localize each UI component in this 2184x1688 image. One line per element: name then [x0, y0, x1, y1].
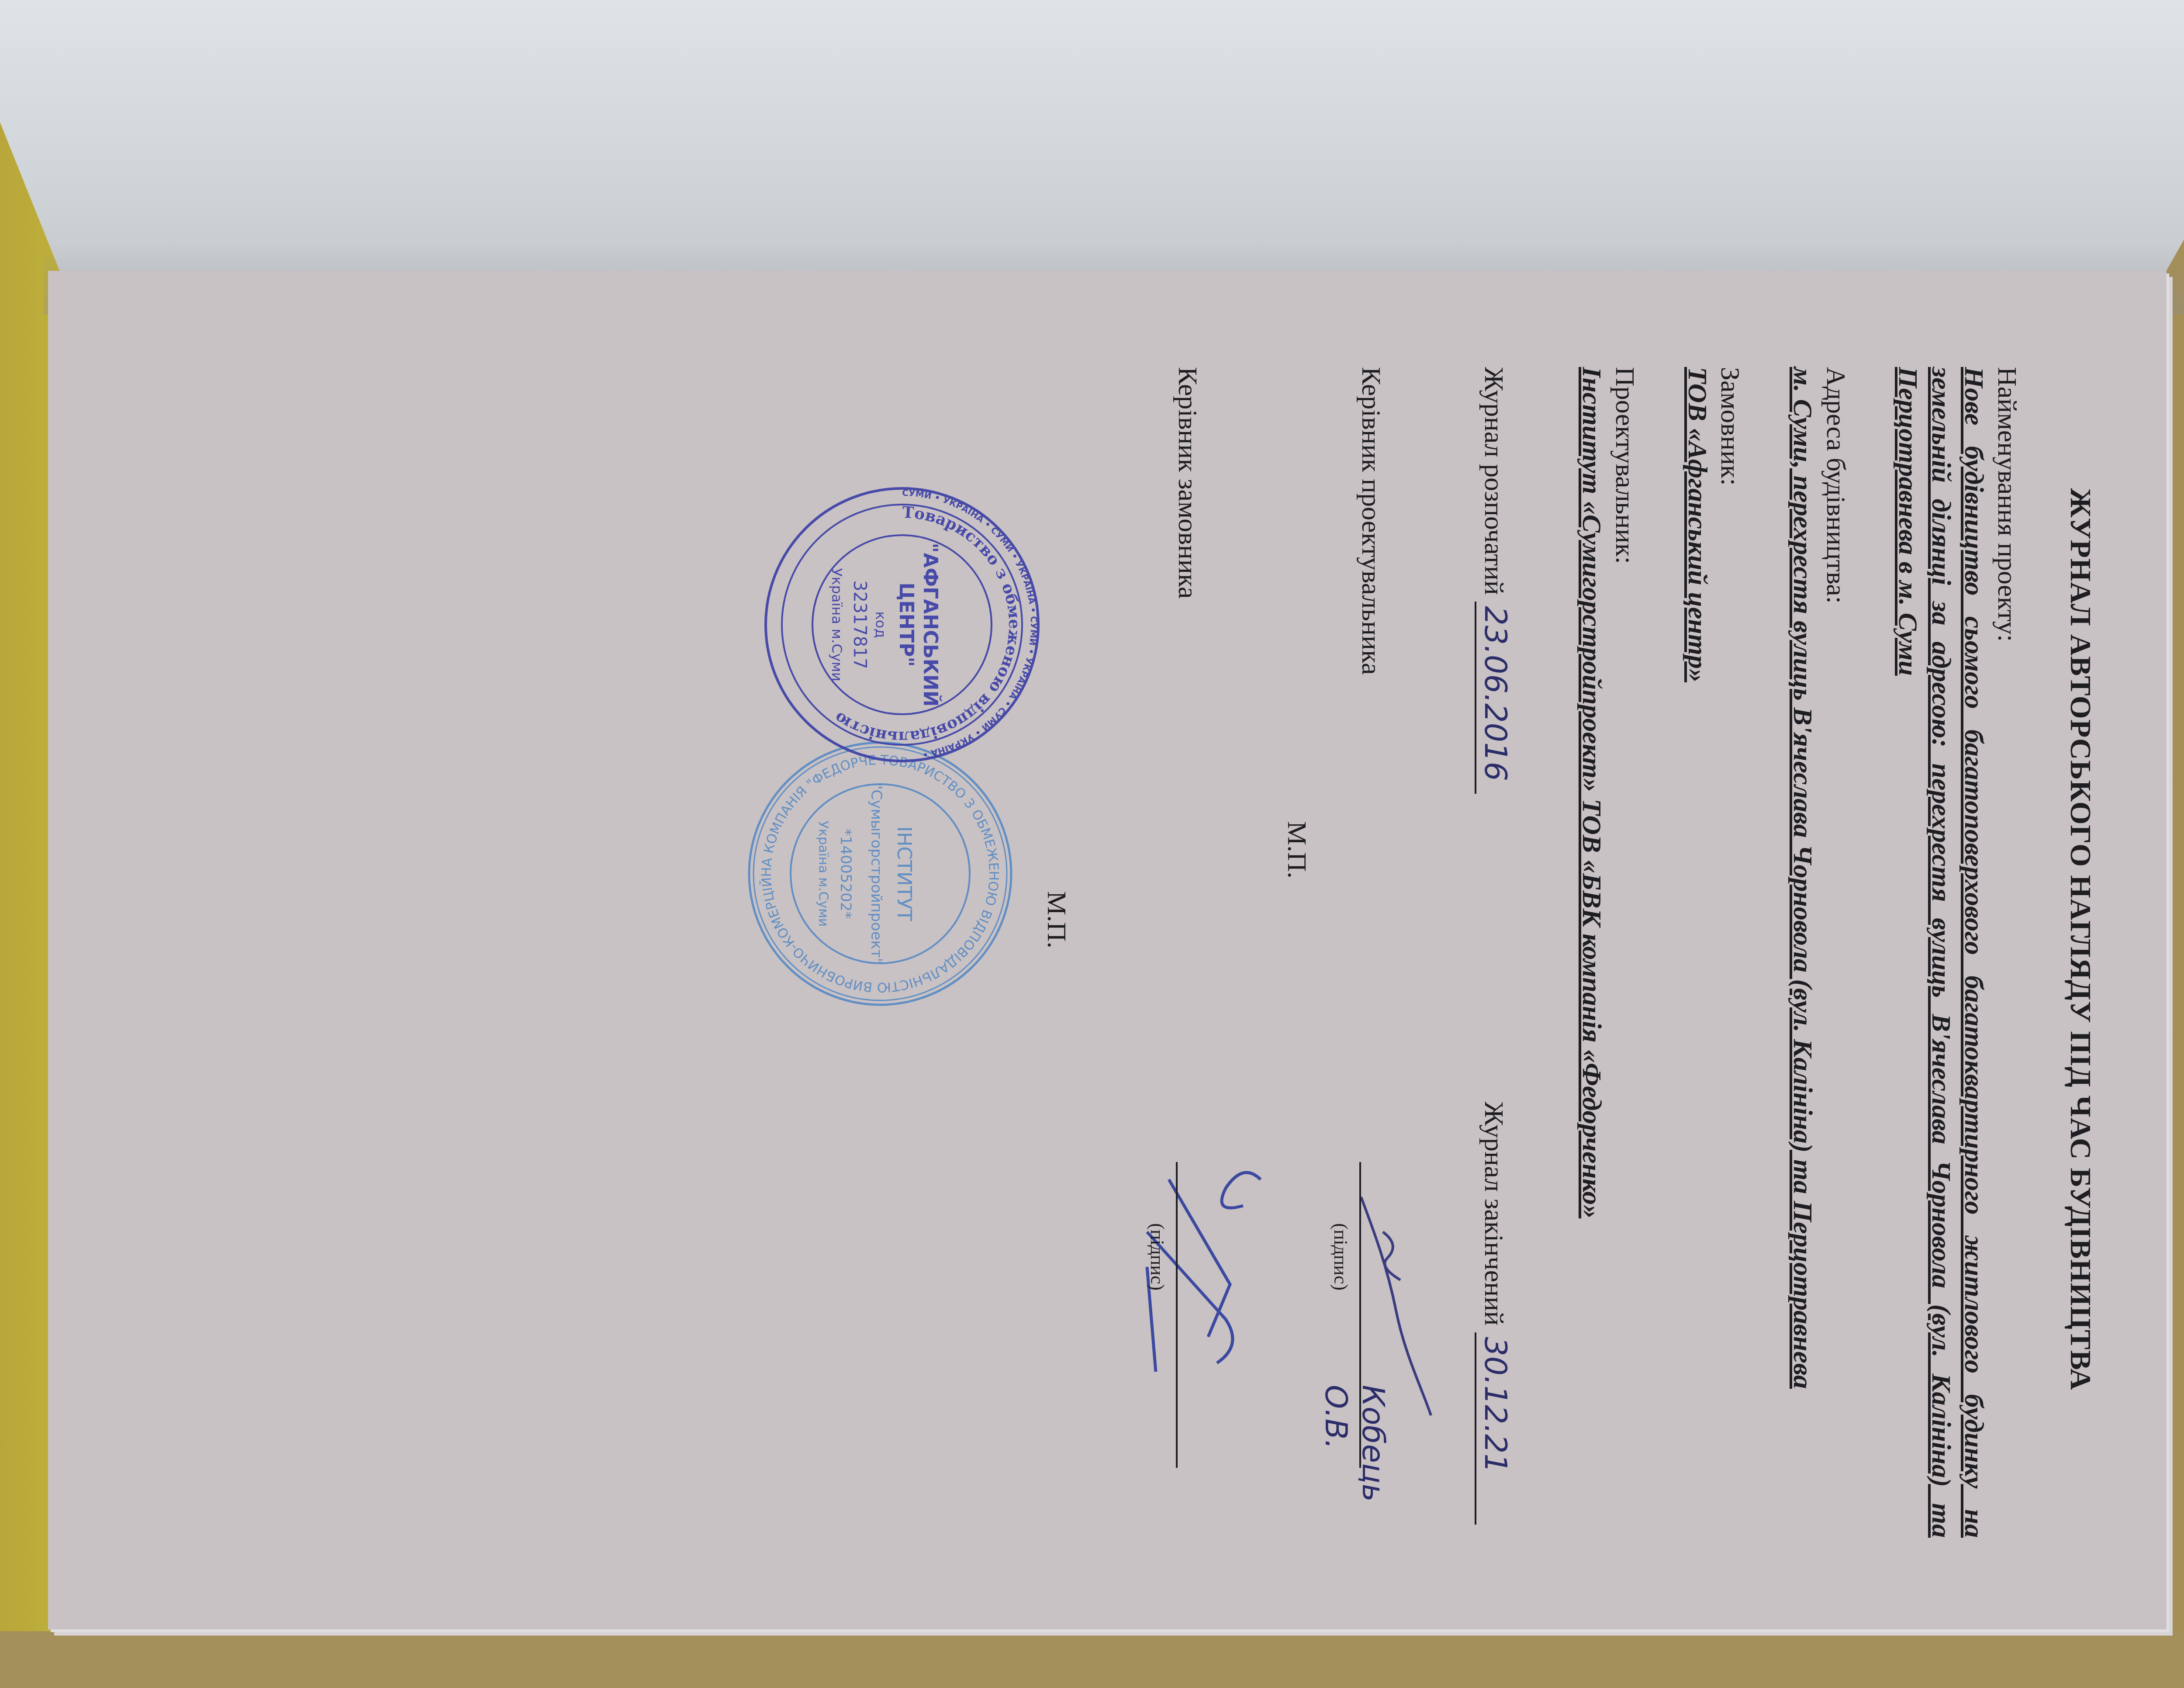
journal-finished-label: Журнал закінчений — [1479, 1102, 1509, 1326]
designer-label: Проектувальник: — [1608, 367, 1641, 1538]
project-name-label: Найменування проекту: — [1990, 367, 2023, 1538]
document-content: ЖУРНАЛ АВТОРСЬКОГО НАГЛЯДУ ПІД ЧАС БУДІВ… — [55, 297, 2151, 1608]
customer-label: Замовник: — [1714, 367, 1747, 1538]
journal-dates: Журнал розпочатий 23.06.2016 Журнал закі… — [1475, 367, 1514, 1525]
customer-section: Замовник: ТОВ «Афганський центр» — [1680, 367, 1746, 1538]
svg-text:ТОВАРИСТВО З ОБМЕЖЕНОЮ ВІДПОВІ: ТОВАРИСТВО З ОБМЕЖЕНОЮ ВІДПОВІДАЛЬНІСТЮ … — [759, 738, 1016, 995]
customer-value: ТОВ «Афганський центр» — [1680, 367, 1714, 1538]
designer-stamp-center-1: ІНСТИТУТ — [893, 826, 915, 921]
project-name-section: Найменування проекту: Нове будівництво с… — [1891, 367, 2024, 1538]
customer-signature-caption: (підпис) — [1146, 1223, 1169, 1290]
journal-started-label: Журнал розпочатий — [1479, 367, 1509, 595]
customer-stamp-mark: М.П. — [1040, 891, 1073, 948]
journal-finished: Журнал закінчений 30.12.21 — [1475, 1102, 1514, 1525]
journal-started: Журнал розпочатий 23.06.2016 — [1475, 367, 1514, 794]
designer-stamp-center-2: "Сумыгорстройпроект" — [867, 783, 885, 965]
designer-company-stamp: ТОВАРИСТВО З ОБМЕЖЕНОЮ ВІДПОВІДАЛЬНІСТЮ … — [745, 738, 1016, 1009]
journal-finished-date: 30.12.21 — [1475, 1332, 1514, 1525]
address-section: Адреса будівництва: м. Суми, перехрестя … — [1786, 367, 1852, 1538]
customer-stamp-center-2: ЦЕНТР" — [895, 583, 917, 667]
designer-section: Проектувальник: Інститут «Сумигорстройпр… — [1575, 367, 1641, 1538]
designer-stamp-city: Україна м.Суми — [816, 821, 831, 927]
customer-head-label: Керівник замовника — [1171, 367, 1204, 599]
customer-stamp-city: Україна м.Суми — [829, 568, 845, 681]
customer-signature-line — [1176, 1162, 1178, 1468]
customer-stamp-code: 32317817 — [850, 580, 870, 669]
customer-company-stamp: СУМИ • УКРАЇНА • СУМИ • УКРАЇНА • СУМИ •… — [762, 485, 1042, 764]
designer-signature-caption: (підпис) — [1329, 1223, 1353, 1290]
designer-stamp-outer-text: ТОВАРИСТВО З ОБМЕЖЕНОЮ ВІДПОВІДАЛЬНІСТЮ … — [759, 738, 1016, 995]
project-name-value: Нове будівництво сьомого багатоповерхово… — [1891, 367, 1990, 1538]
customer-stamp-code-label: код — [872, 611, 889, 638]
journal-started-date: 23.06.2016 — [1475, 602, 1514, 794]
address-label: Адреса будівництва: — [1819, 367, 1852, 1538]
designer-stamp-mark: М.П. — [1280, 821, 1313, 879]
designer-head-label: Керівник проектувальника — [1355, 367, 1388, 675]
customer-head-signature-block: Керівник замовника М.П. (підпис) — [1073, 367, 1204, 1538]
designer-head-name: Кобець О.В. — [1317, 1385, 1392, 1538]
designer-stamp-code: *14005202* — [837, 828, 854, 919]
designer-value: Інститут «Сумигорстройпроект» ТОВ «БВК к… — [1575, 367, 1608, 1538]
address-value: м. Суми, перехрестя вулиць В'ячеслава Чо… — [1786, 367, 1819, 1538]
customer-stamp-center-1: "АФГАНСЬКИЙ — [919, 543, 942, 707]
document-title: ЖУРНАЛ АВТОРСЬКОГО НАГЛЯДУ ПІД ЧАС БУДІВ… — [2063, 341, 2099, 1538]
table-edge — [0, 1631, 2184, 1688]
